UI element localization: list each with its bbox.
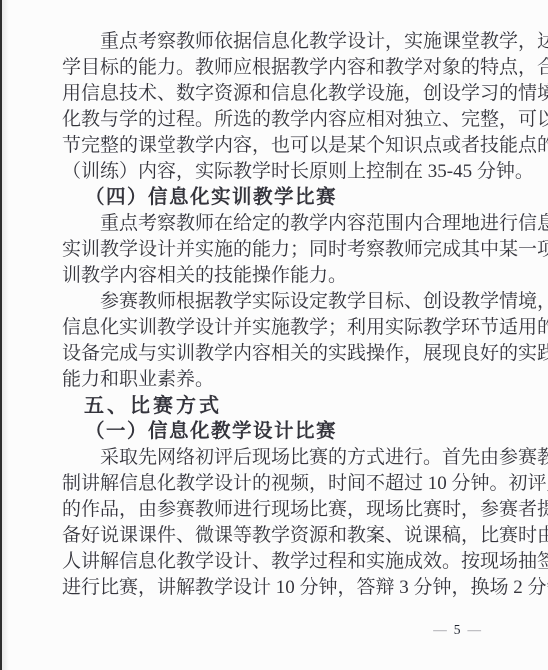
body-line: 实训教学设计并实施的能力；同时考察教师完成其中某一项与实 (62, 237, 497, 263)
body-line: 训教学内容相关的技能操作能力。 (62, 263, 497, 289)
body-line: 信息化实训教学设计并实施教学；利用实际教学环节适用的设施 (62, 315, 497, 341)
body-line: 重点考察教师依据信息化教学设计，实施课堂教学，达成教 (62, 29, 497, 55)
page-number-value: 5 (454, 622, 461, 637)
body-line: 人讲解信息化教学设计、教学过程和实施成效。按现场抽签顺序 (62, 549, 497, 575)
subsection-heading-four: （四）信息化实训教学比赛 (62, 185, 497, 211)
document-text-block: 重点考察教师依据信息化教学设计，实施课堂教学，达成教 学目标的能力。教师应根据教… (62, 29, 497, 601)
page-number-left-dash: — (433, 622, 447, 637)
body-line: 用信息技术、数字资源和信息化教学设施，创设学习的情境，优 (62, 81, 497, 107)
body-line: 设备完成与实训教学内容相关的实践操作，展现良好的实践教学 (62, 341, 497, 367)
body-line: 制讲解信息化教学设计的视频，时间不超过 10 分钟。初评入围 (62, 471, 497, 497)
scan-edge-artifact (0, 0, 2, 670)
subsection-heading-one: （一）信息化教学设计比赛 (62, 419, 497, 445)
body-line: 参赛教师根据教学实际设定教学目标、创设教学情境，完成 (62, 289, 497, 315)
page-number: —5— (433, 621, 481, 639)
body-line: 能力和职业素养。 (62, 367, 497, 393)
body-line: 化教与学的过程。所选的教学内容应相对独立、完整，可以是一 (62, 107, 497, 133)
body-line: 采取先网络初评后现场比赛的方式进行。首先由参赛教师录 (62, 445, 497, 471)
body-line: （训练）内容，实际教学时长原则上控制在 35-45 分钟。 (62, 159, 497, 185)
body-line: 重点考察教师在给定的教学内容范围内合理地进行信息化 (62, 211, 497, 237)
body-line: 的作品，由参赛教师进行现场比赛，现场比赛时，参赛者提前准 (62, 497, 497, 523)
section-heading-five: 五、比赛方式 (62, 393, 497, 419)
body-line: 进行比赛，讲解教学设计 10 分钟，答辩 3 分钟，换场 2 分钟。 (62, 575, 497, 601)
body-line: 备好说课课件、微课等教学资源和教案、说课稿，比赛时由主讲 (62, 523, 497, 549)
body-line: 节完整的课堂教学内容，也可以是某个知识点或者技能点的教学 (62, 133, 497, 159)
body-line: 学目标的能力。教师应根据教学内容和教学对象的特点，合理选 (62, 55, 497, 81)
document-page: 重点考察教师依据信息化教学设计，实施课堂教学，达成教 学目标的能力。教师应根据教… (0, 0, 548, 670)
page-number-right-dash: — (468, 622, 482, 637)
